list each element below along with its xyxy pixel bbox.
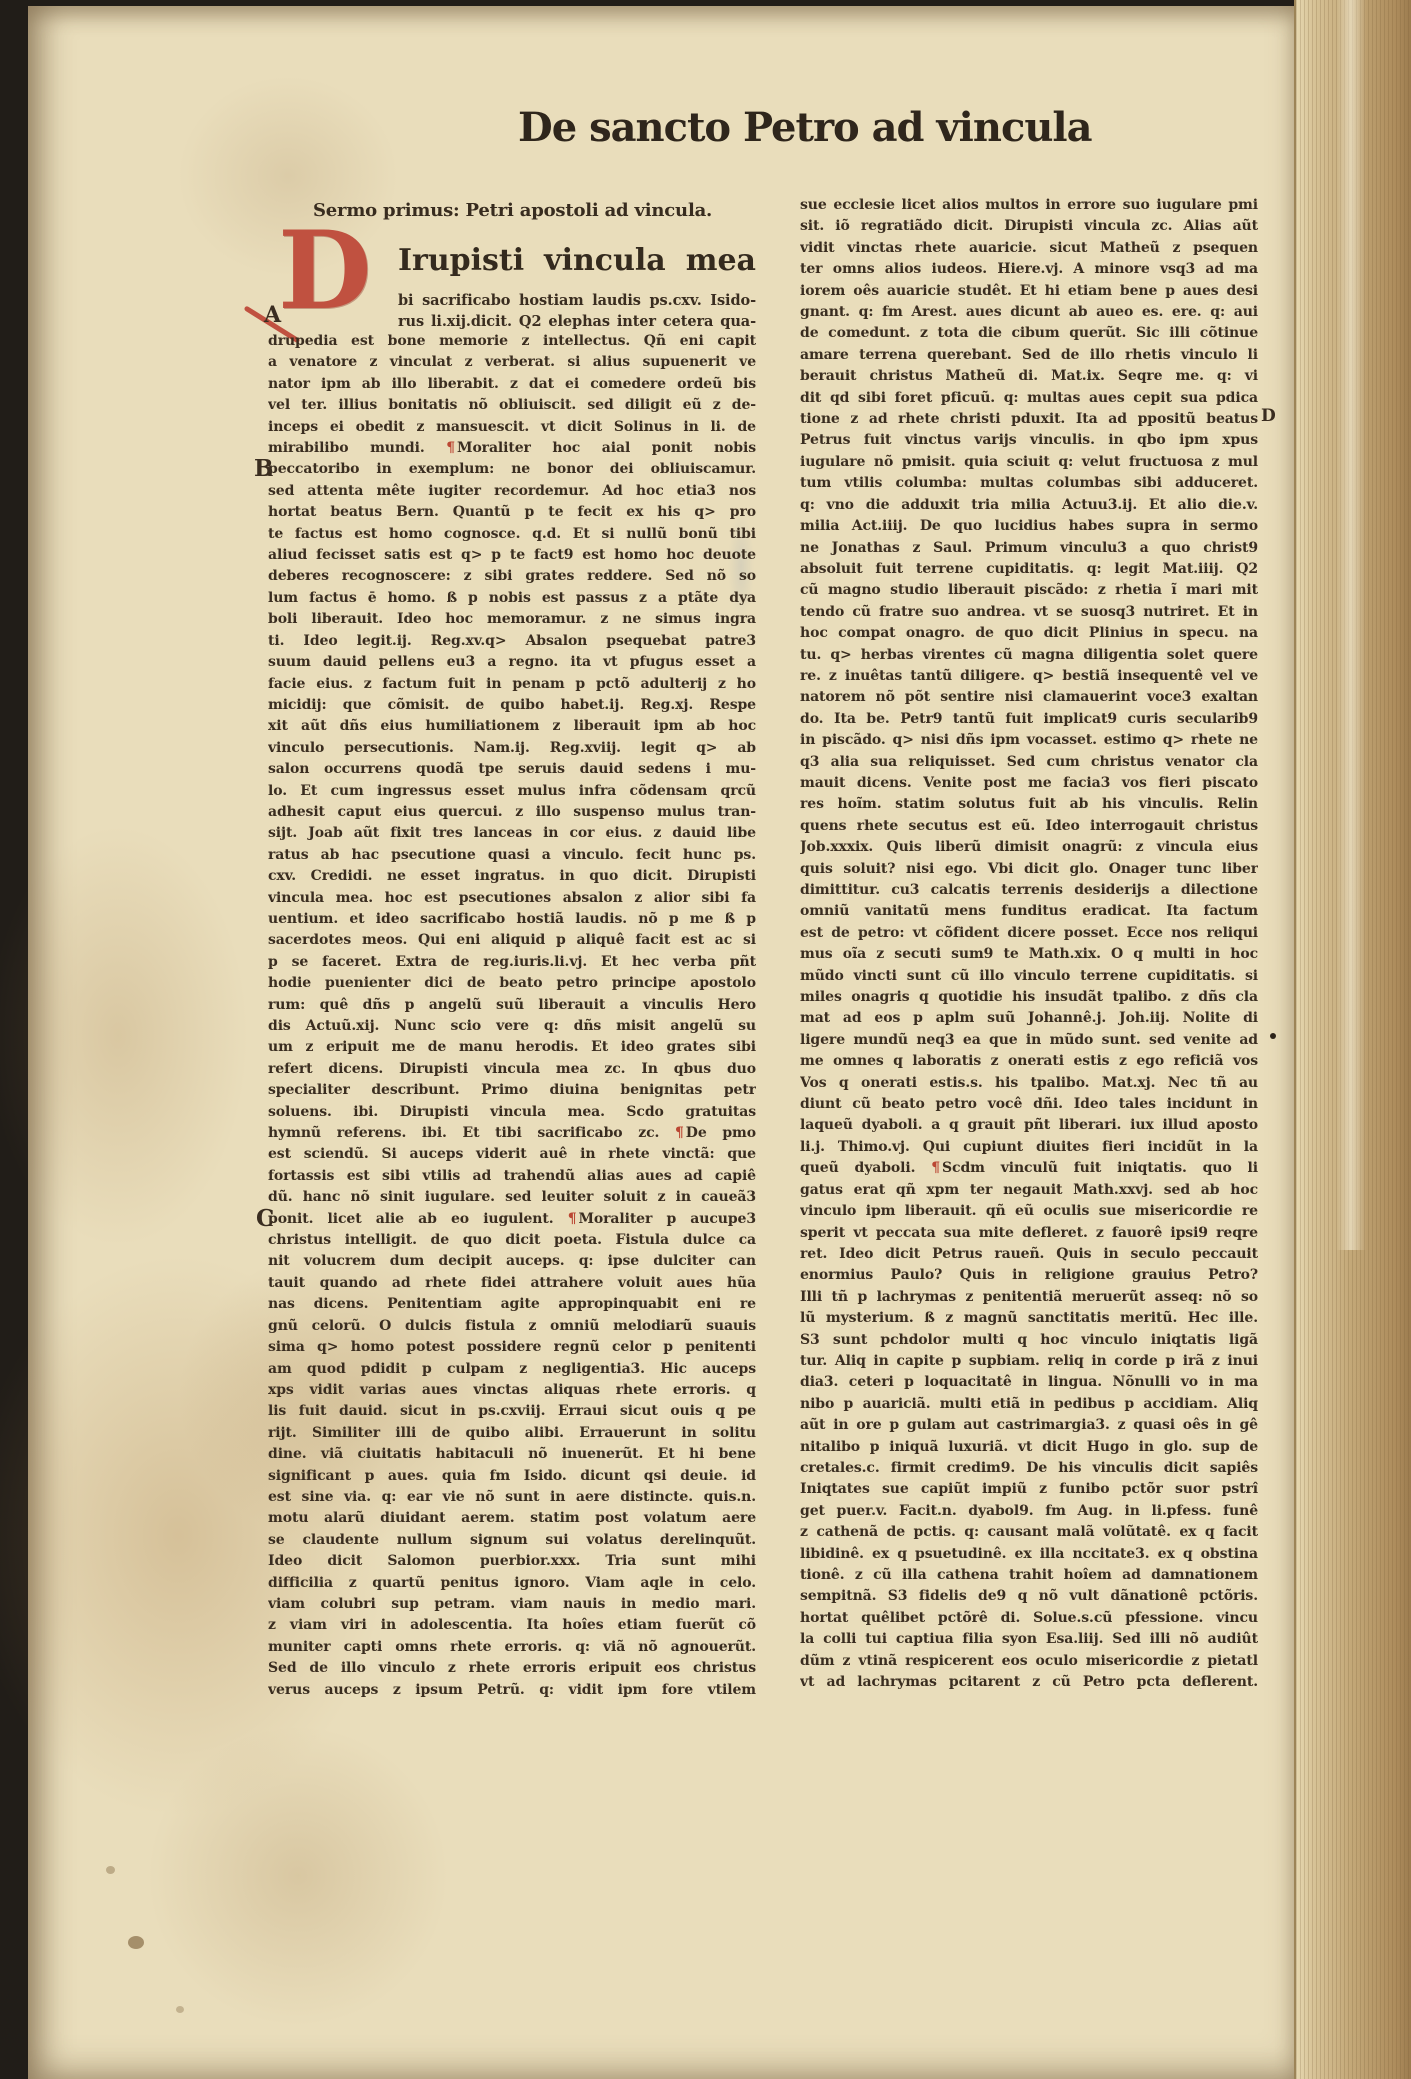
text-line: natorem nõ põt sentire nisi clamauerint … <box>800 687 1258 708</box>
text-line: nator ipm ab illo liberabit. z dat ei co… <box>268 374 756 395</box>
capitulum-mark: ¶ <box>675 1125 686 1141</box>
text-line: ter omns alios iudeos. Hiere.vj. A minor… <box>800 259 1258 280</box>
text-line: gatus erat qñ xpm ter negauit Math.xxvj.… <box>800 1180 1258 1201</box>
text-line: sperit vt peccata sua mite defleret. z f… <box>800 1223 1258 1244</box>
text-line: vidit vinctas rhete auaricie. sicut Math… <box>800 238 1258 259</box>
text-line: dis Actuũ.xij. Nunc scio vere q: dñs mis… <box>268 1016 756 1037</box>
ink-spot <box>106 1866 115 1874</box>
ink-spot <box>128 1936 144 1949</box>
text-line: te factus est homo cognosce. q.d. Et si … <box>268 524 756 545</box>
text-line: p se faceret. Extra de reg.iuris.li.vj. … <box>268 952 756 973</box>
text-line: hortat beatus Bern. Quantũ p te fecit ex… <box>268 502 756 523</box>
text-line: Petrus fuit vinctus varijs vinculis. in … <box>800 430 1258 451</box>
text-line: ti. Ideo legit.ij. Reg.xv.q> Absalon pse… <box>268 631 756 652</box>
capitulum-mark: ¶ <box>446 440 457 456</box>
text-line: lis fuit dauid. sicut in ps.cxviij. Erra… <box>268 1401 756 1422</box>
text-line: li.j. Thimo.vj. Qui cupiunt diuites fier… <box>800 1137 1258 1158</box>
text-line: q3 alia sua reliquisset. Sed cum christu… <box>800 752 1258 773</box>
text-line: z cathenã de pctis. q: causant malã volũ… <box>800 1522 1258 1543</box>
text-line: tauit quando ad rhete fidei attrahere vo… <box>268 1273 756 1294</box>
text-line: nas dicens. Penitentiam agite appropinqu… <box>268 1294 756 1315</box>
text-line: christus intelligit. de quo dicit poeta.… <box>268 1230 756 1251</box>
text-line: enormius Paulo? Quis in religione grauiu… <box>800 1265 1258 1286</box>
text-line: se claudente nullum signum sui volatus d… <box>268 1530 756 1551</box>
text-line: motu alarũ diuidant aerem. statim post v… <box>268 1508 756 1529</box>
text-line: suum dauid pellens eu3 a regno. ita vt p… <box>268 652 756 673</box>
text-line: lum factus ē homo. ß p nobis est passus … <box>268 588 756 609</box>
text-line: iorem oês auaricie studêt. Et hi etiam b… <box>800 281 1258 302</box>
ink-spot <box>176 2006 184 2013</box>
text-line: sacerdotes meos. Qui eni aliquid p aliqu… <box>268 930 756 951</box>
text-line: sit. iõ regratiãdo dicit. Dirupisti vinc… <box>800 216 1258 237</box>
guide-letter-a: A <box>264 302 281 328</box>
text-line: tu. q> herbas virentes cũ magna diligent… <box>800 645 1258 666</box>
text-line: cxv. Credidi. ne esset ingratus. in quo … <box>268 866 756 887</box>
text-line: sed attenta mête iugiter recordemur. Ad … <box>268 481 756 502</box>
text-line: est de petro: vt cõfident dicere posset.… <box>800 923 1258 944</box>
text-line: verus auceps z ipsum Petrũ. q: vidit ipm… <box>268 1680 756 1701</box>
text-line: dũ. hanc nõ sinit iugulare. sed leuiter … <box>268 1187 756 1208</box>
text-line: Ideo dicit Salomon puerbior.xxx. Tria su… <box>268 1551 756 1572</box>
text-line: Vos q onerati estis.s. his tpalibo. Mat.… <box>800 1073 1258 1094</box>
text-line: mat ad eos p aplm suũ Johannê.j. Joh.iij… <box>800 1008 1258 1029</box>
text-line: miles onagris q quotidie his insudãt tpa… <box>800 987 1258 1008</box>
text-line: libidinê. ex q psuetudinê. ex illa nccit… <box>800 1544 1258 1565</box>
text-line: hortat quêlibet pctõrê di. Solue.s.cũ pf… <box>800 1608 1258 1629</box>
opening-line-large: Irupisti vincula mea ti <box>398 234 756 288</box>
text-line: in piscãdo. q> nisi dñs ipm vocasset. es… <box>800 730 1258 751</box>
text-line: lo. Et cum ingressus esset mulus infra c… <box>268 781 756 802</box>
text-line: lũ mysterium. ß z magnũ sanctitatis meri… <box>800 1308 1258 1329</box>
text-line: ratus ab hac psecutione quasi a vinculo.… <box>268 845 756 866</box>
text-line: la colli tui captiua filia syon Esa.liij… <box>800 1629 1258 1650</box>
text-line: quis soluit? nisi ego. Vbi dicit glo. On… <box>800 859 1258 880</box>
text-line: facie eius. z factum fuit in penam p pct… <box>268 674 756 695</box>
text-line: refert dicens. Dirupisti vincula mea zc.… <box>268 1059 756 1080</box>
text-line: nit volucrem dum decipit auceps. q: ipse… <box>268 1251 756 1272</box>
text-line: ligere mundũ neq3 ea que in mũdo sunt. s… <box>800 1030 1258 1051</box>
text-line: hoc compat onagro. de quo dicit Plinius … <box>800 623 1258 644</box>
text-line: boli liberauit. Ideo hoc memoramur. z ne… <box>268 609 756 630</box>
text-line: res hoĩm. statim solutus fuit ab his vin… <box>800 794 1258 815</box>
text-line: vinculo persecutionis. Nam.ij. Reg.xviij… <box>268 738 756 759</box>
text-line: amare terrena querebant. Sed de illo rhe… <box>800 345 1258 366</box>
text-line: mauit dicens. Venite post me facia3 vos … <box>800 773 1258 794</box>
text-line: difficilia z quartũ penitus ignoro. Viam… <box>268 1573 756 1594</box>
text-line: sima q> homo potest possidere regnũ celo… <box>268 1337 756 1358</box>
text-line: z viam viri in adolescentia. Ita hoîes e… <box>268 1615 756 1636</box>
text-line: specialiter describunt. Primo diuina ben… <box>268 1080 756 1101</box>
text-line: iugulare nõ pmisit. quia sciuit q: velut… <box>800 452 1258 473</box>
stain <box>0 826 248 1246</box>
text-line: nibo p auariciã. multi etiã in pedibus p… <box>800 1394 1258 1415</box>
text-line: fortassis est sibi vtilis ad trahendũ al… <box>268 1166 756 1187</box>
text-line: quens rhete secutus est eũ. Ideo interro… <box>800 816 1258 837</box>
text-line: dũm z vtinã respicerent eos oculo miseri… <box>800 1651 1258 1672</box>
text-line: dimittitur. cu3 calcatis terrenis deside… <box>800 880 1258 901</box>
text-line: est sine via. q: ear vie nõ sunt in aere… <box>268 1487 756 1508</box>
page-title: De sancto Petro ad vincula <box>518 104 1078 160</box>
ink-dot <box>1270 1033 1276 1039</box>
text-line: xps vidit varias aues vinctas aliquas rh… <box>268 1380 756 1401</box>
text-line: am quod pdidit p culpam z negligentia3. … <box>268 1359 756 1380</box>
text-line: adhesit caput eius quercui. z illo suspe… <box>268 802 756 823</box>
text-line: Job.xxxix. Quis liberũ dimisit onagrũ: z… <box>800 837 1258 858</box>
text-line: a venatore z vinculat z verberat. si ali… <box>268 352 756 373</box>
text-line: drupedia est bone memorie z intellectus.… <box>268 331 756 352</box>
lombard-initial-d: D <box>278 212 372 330</box>
text-line: soluens. ibi. Dirupisti vincula mea. Scd… <box>268 1102 756 1123</box>
text-line: de comedunt. z tota die cibum querũt. Si… <box>800 323 1258 344</box>
text-line: Iniqtates sue capiũt impiũ z funibo pctõ… <box>800 1479 1258 1500</box>
text-line: hodie puenienter dici de beato petro pri… <box>268 973 756 994</box>
text-line: rum: quê dñs p angelũ suũ liberauit a vi… <box>268 995 756 1016</box>
text-line: mirabilibo mundi. ¶Moraliter hoc aial po… <box>268 438 756 459</box>
text-line: sempitnã. S3 fidelis de9 q nõ vult dãnat… <box>800 1586 1258 1607</box>
text-line: tendo cũ fratre suo andrea. vt se suosq3… <box>800 602 1258 623</box>
text-line: tione z ad rhete christi pduxit. Ita ad … <box>800 409 1258 430</box>
text-line: hymnũ referens. ibi. Et tibi sacrificabo… <box>268 1123 756 1144</box>
text-line: ne Jonathas z Saul. Primum vinculu3 a qu… <box>800 538 1258 559</box>
text-line: do. Ita be. Petr9 tantũ fuit implicat9 c… <box>800 709 1258 730</box>
text-line: peccatoribo in exemplum: ne bonor dei ob… <box>268 459 756 480</box>
text-line: mus oĩa z secuti sum9 te Math.xix. O q m… <box>800 944 1258 965</box>
text-line: dine. viã ciuitatis habitaculi nõ inuene… <box>268 1444 756 1465</box>
text-line: gnant. q: fm Arest. aues dicunt ab aueo … <box>800 302 1258 323</box>
text-line: laqueũ dyaboli. a q grauit pñt liberari.… <box>800 1115 1258 1136</box>
text-line: S3 sunt pchdolor multi q hoc vinculo ini… <box>800 1330 1258 1351</box>
capitulum-mark: ¶ <box>931 1160 942 1176</box>
text-line: omniũ vanitatũ mens funditus eradicat. I… <box>800 901 1258 922</box>
text-line: deberes recognoscere: z sibi grates redd… <box>268 566 756 587</box>
text-line: dit qd sibi foret pficuũ. q: multas aues… <box>800 388 1258 409</box>
text-line: milia Act.iiij. De quo lucidius habes su… <box>800 516 1258 537</box>
text-line: queũ dyaboli. ¶Scdm vinculũ fuit iniqtat… <box>800 1158 1258 1179</box>
text-line: viam colubri sup petram. viam nauis in m… <box>268 1594 756 1615</box>
book-fore-edge <box>1294 0 1411 2079</box>
capitulum-mark: ¶ <box>568 1211 579 1227</box>
text-line: sue ecclesie licet alios multos in error… <box>800 195 1258 216</box>
text-line: Illi tñ p lachrymas z penitentiã meruerũ… <box>800 1287 1258 1308</box>
text-line: micidij: que cõmisit. de quibo habet.ij.… <box>268 695 756 716</box>
text-line: sijt. Joab aũt fixit tres lanceas in cor… <box>268 823 756 844</box>
stain <box>148 1726 448 2026</box>
text-line: q: vno die adduxit tria milia Actuu3.ij.… <box>800 495 1258 516</box>
text-line: significant p aues. quia fm Isido. dicun… <box>268 1466 756 1487</box>
text-line: xit aũt dñs eius humiliationem z liberau… <box>268 716 756 737</box>
text-line: inceps ei obedit z mansuescit. vt dicit … <box>268 417 756 438</box>
text-line: rus li.xij.dicit. Q2 elephas inter ceter… <box>398 311 756 332</box>
right-column: sue ecclesie licet alios multos in error… <box>800 195 1258 1693</box>
text-line: tur. Aliq in capite p supbiam. reliq in … <box>800 1351 1258 1372</box>
text-line: tum vtilis columba: multas columbas sibi… <box>800 473 1258 494</box>
text-line: nitalibo p iniquã luxuriã. vt dicit Hugo… <box>800 1437 1258 1458</box>
text-line: rijt. Similiter illi de quibo alibi. Err… <box>268 1423 756 1444</box>
text-line: diunt cũ beato petro você dñi. Ideo tale… <box>800 1094 1258 1115</box>
text-line: gnũ celorũ. O dulcis fistula z omniũ mel… <box>268 1316 756 1337</box>
text-line: cũ magno studio liberauit piscãdo: z rhe… <box>800 580 1258 601</box>
text-line: aũt in ore p gulam aut castrimargia3. z … <box>800 1415 1258 1436</box>
text-line: vt ad lachrymas pcitarent z cũ Petro pct… <box>800 1672 1258 1693</box>
text-line: uentium. et ideo sacrificabo hostiã laud… <box>268 909 756 930</box>
text-line: berauit christus Matheũ di. Mat.ix. Seqr… <box>800 366 1258 387</box>
text-line: Sed de illo vinculo z rhete erroris erip… <box>268 1658 756 1679</box>
text-line: cretales.c. firmit credim9. De his vincu… <box>800 1458 1258 1479</box>
text-line: mũdo vincti sunt cũ illo vinculo terrene… <box>800 966 1258 987</box>
marginal-letter-d: D <box>1261 406 1276 426</box>
left-column: drupedia est bone memorie z intellectus.… <box>268 331 756 1701</box>
text-line: re. z inuêtas tantũ diligere. q> bestiã … <box>800 666 1258 687</box>
text-line: tionê. z cũ illa cathena trahit hoîem ad… <box>800 1565 1258 1586</box>
text-line: est sciendũ. Si auceps viderit auê in rh… <box>268 1144 756 1165</box>
text-line: vincula mea. hoc est psecutiones absalon… <box>268 888 756 909</box>
text-line: salon occurrens quodã tpe seruis dauid s… <box>268 759 756 780</box>
text-line: vel ter. illius bonitatis nõ obliuiscit.… <box>268 395 756 416</box>
text-line: dia3. ceteri p loquacitatê in lingua. Nõ… <box>800 1372 1258 1393</box>
text-line: get puer.v. Facit.n. dyabol9. fm Aug. in… <box>800 1501 1258 1522</box>
page-edge-highlight <box>1336 0 1366 1250</box>
opening-indented-lines: bi sacrificabo hostiam laudis ps.cxv. Is… <box>398 290 756 333</box>
text-line: aliud fecisset satis est q> p te fact9 e… <box>268 545 756 566</box>
text-line: me omnes q laboratis z onerati estis z e… <box>800 1051 1258 1072</box>
text-line: ret. Ideo dicit Petrus raueñ. Quis in se… <box>800 1244 1258 1265</box>
text-line: muniter capti omns rhete erroris. q: viã… <box>268 1637 756 1658</box>
text-line: absoluit fuit terrene cupiditatis. q: le… <box>800 559 1258 580</box>
book-photograph: De sancto Petro ad vincula Sermo primus:… <box>0 0 1411 2079</box>
text-line: vinculo ipm liberauit. qñ eũ oculis sue … <box>800 1201 1258 1222</box>
column-header: Sermo primus: Petri apostoli ad vincula. <box>313 200 712 221</box>
text-line: bi sacrificabo hostiam laudis ps.cxv. Is… <box>398 290 756 311</box>
text-line: ponit. licet alie ab eo iugulent. ¶Moral… <box>268 1209 756 1230</box>
text-line: um z eripuit me de manu herodis. Et ideo… <box>268 1037 756 1058</box>
